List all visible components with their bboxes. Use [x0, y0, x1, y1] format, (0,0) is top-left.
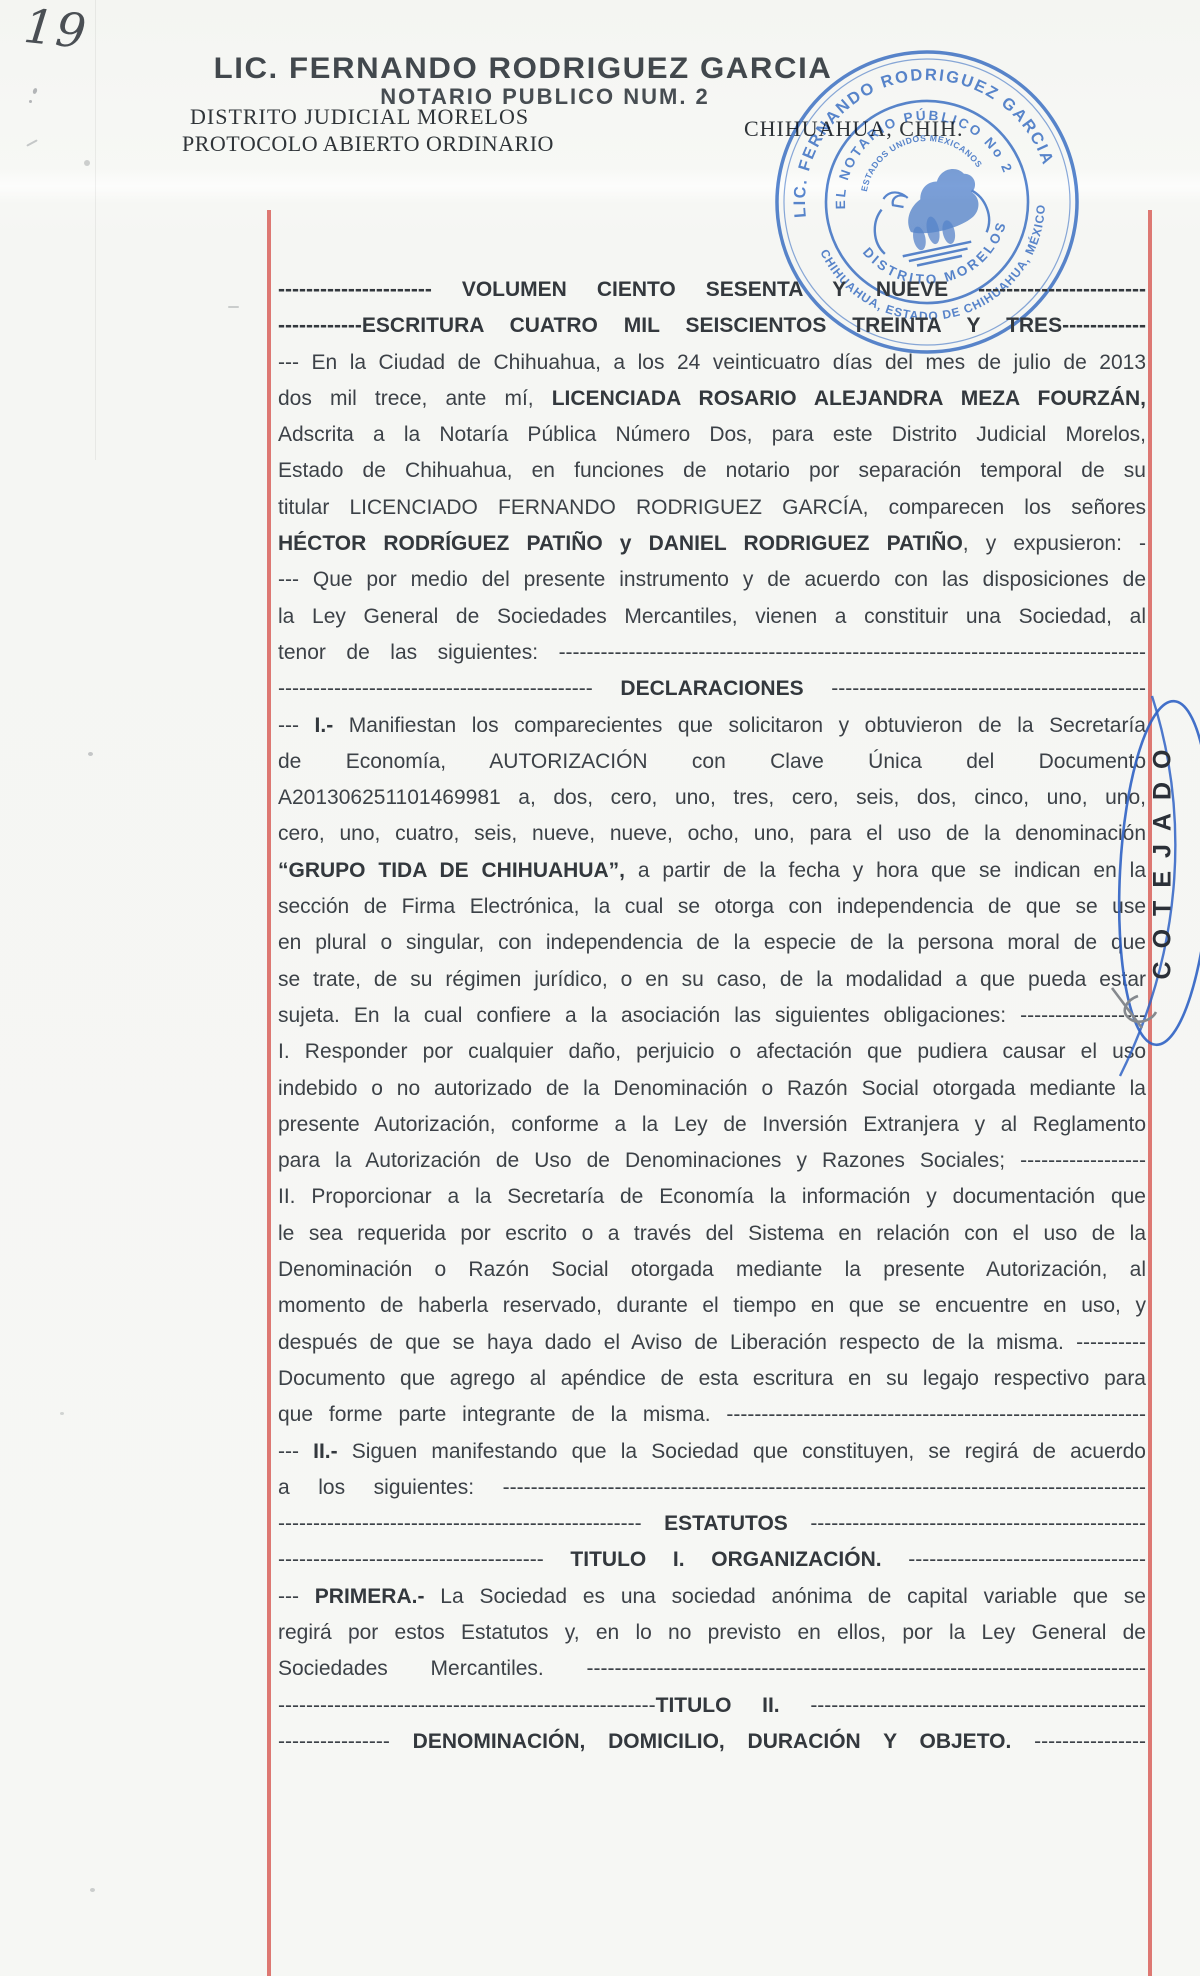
- document-line: ----------------------------------------…: [278, 1688, 1146, 1724]
- document-line: Estado de Chihuahua, en funciones de not…: [278, 453, 1146, 489]
- scan-artifact: [84, 160, 90, 166]
- document-line: en plural o singular, con independencia …: [278, 925, 1146, 961]
- document-line: cero, uno, cuatro, seis, nueve, nueve, o…: [278, 816, 1146, 852]
- scanned-page: 19 LIC. FERNANDO RODRIGUEZ GARCIA NOTARI…: [0, 0, 1200, 1976]
- document-line: II. Proporcionar a la Secretaría de Econ…: [278, 1179, 1146, 1215]
- document-line: ------------ESCRITURA CUATRO MIL SEISCIE…: [278, 308, 1146, 344]
- document-line: --- Que por medio del presente instrumen…: [278, 562, 1146, 598]
- document-line: que forme parte integrante de la misma. …: [278, 1397, 1146, 1433]
- scan-artifact: [90, 1888, 95, 1892]
- left-margin-line: [267, 210, 271, 1976]
- document-line: I. Responder por cualquier daño, perjuic…: [278, 1034, 1146, 1070]
- document-line: --- I.- Manifiestan los comparecientes q…: [278, 708, 1146, 744]
- document-line: ---------------------- VOLUMEN CIENTO SE…: [278, 272, 1146, 308]
- scan-artifact: [29, 100, 32, 103]
- document-line: --- PRIMERA.- La Sociedad es una socieda…: [278, 1579, 1146, 1615]
- document-line: la Ley General de Sociedades Mercantiles…: [278, 599, 1146, 635]
- document-line: ---------------- DENOMINACIÓN, DOMICILIO…: [278, 1724, 1146, 1760]
- district-line: DISTRITO JUDICIAL MORELOS: [190, 104, 529, 130]
- seal-outer-top-text: LIC. FERNANDO RODRIGUEZ GARCIA: [767, 42, 1058, 221]
- document-body: ---------------------- VOLUMEN CIENTO SE…: [278, 272, 1146, 1760]
- document-line: después de que se haya dado el Aviso de …: [278, 1325, 1146, 1361]
- scan-artifact: [60, 1412, 64, 1415]
- right-margin-line: [1148, 210, 1152, 1976]
- document-line: indebido o no autorizado de la Denominac…: [278, 1071, 1146, 1107]
- document-line: sección de Firma Electrónica, la cual se…: [278, 889, 1146, 925]
- document-line: ----------------------------------------…: [278, 671, 1146, 707]
- document-line: regirá por estos Estatutos y, en lo no p…: [278, 1615, 1146, 1651]
- scan-artifact: [228, 306, 239, 308]
- document-line: a los siguientes: ----------------------…: [278, 1470, 1146, 1506]
- document-line: de Economía, AUTORIZACIÓN con Clave Únic…: [278, 744, 1146, 780]
- document-line: --- En la Ciudad de Chihuahua, a los 24 …: [278, 345, 1146, 381]
- document-line: sujeta. En la cual confiere a la asociac…: [278, 998, 1146, 1034]
- document-line: --- II.- Siguen manifestando que la Soci…: [278, 1434, 1146, 1470]
- document-line: Denominación o Razón Social otorgada med…: [278, 1252, 1146, 1288]
- protocol-line: PROTOCOLO ABIERTO ORDINARIO: [182, 131, 554, 157]
- document-line: A201306251101469981 a, dos, cero, uno, t…: [278, 780, 1146, 816]
- document-line: Sociedades Mercantiles. ----------------…: [278, 1651, 1146, 1687]
- scan-artifact: [26, 139, 38, 146]
- document-line: momento de haberla reservado, durante el…: [278, 1288, 1146, 1324]
- document-line: le sea requerida por escrito o a través …: [278, 1216, 1146, 1252]
- document-line: para la Autorización de Uso de Denominac…: [278, 1143, 1146, 1179]
- document-line: “GRUPO TIDA DE CHIHUAHUA”, a partir de l…: [278, 853, 1146, 889]
- document-line: titular LICENCIADO FERNANDO RODRIGUEZ GA…: [278, 490, 1146, 526]
- document-line: HÉCTOR RODRÍGUEZ PATIÑO y DANIEL RODRIGU…: [278, 526, 1146, 562]
- document-line: tenor de las siguientes: ---------------…: [278, 635, 1146, 671]
- document-line: dos mil trece, ante mí, LICENCIADA ROSAR…: [278, 381, 1146, 417]
- svg-text:LIC. FERNANDO RODRIGUEZ GARCIA: LIC. FERNANDO RODRIGUEZ GARCIA: [767, 42, 1058, 221]
- scan-artifact: [88, 752, 93, 756]
- document-line: Documento que agrego al apéndice de esta…: [278, 1361, 1146, 1397]
- document-line: -------------------------------------- T…: [278, 1542, 1146, 1578]
- document-line: presente Autorización, conforme a la Ley…: [278, 1107, 1146, 1143]
- document-line: ----------------------------------------…: [278, 1506, 1146, 1542]
- document-line: Adscrita a la Notaría Pública Número Dos…: [278, 417, 1146, 453]
- document-line: se trate, de su régimen jurídico, o en s…: [278, 962, 1146, 998]
- cotejado-stamp-text: COTEJADO: [1149, 737, 1178, 980]
